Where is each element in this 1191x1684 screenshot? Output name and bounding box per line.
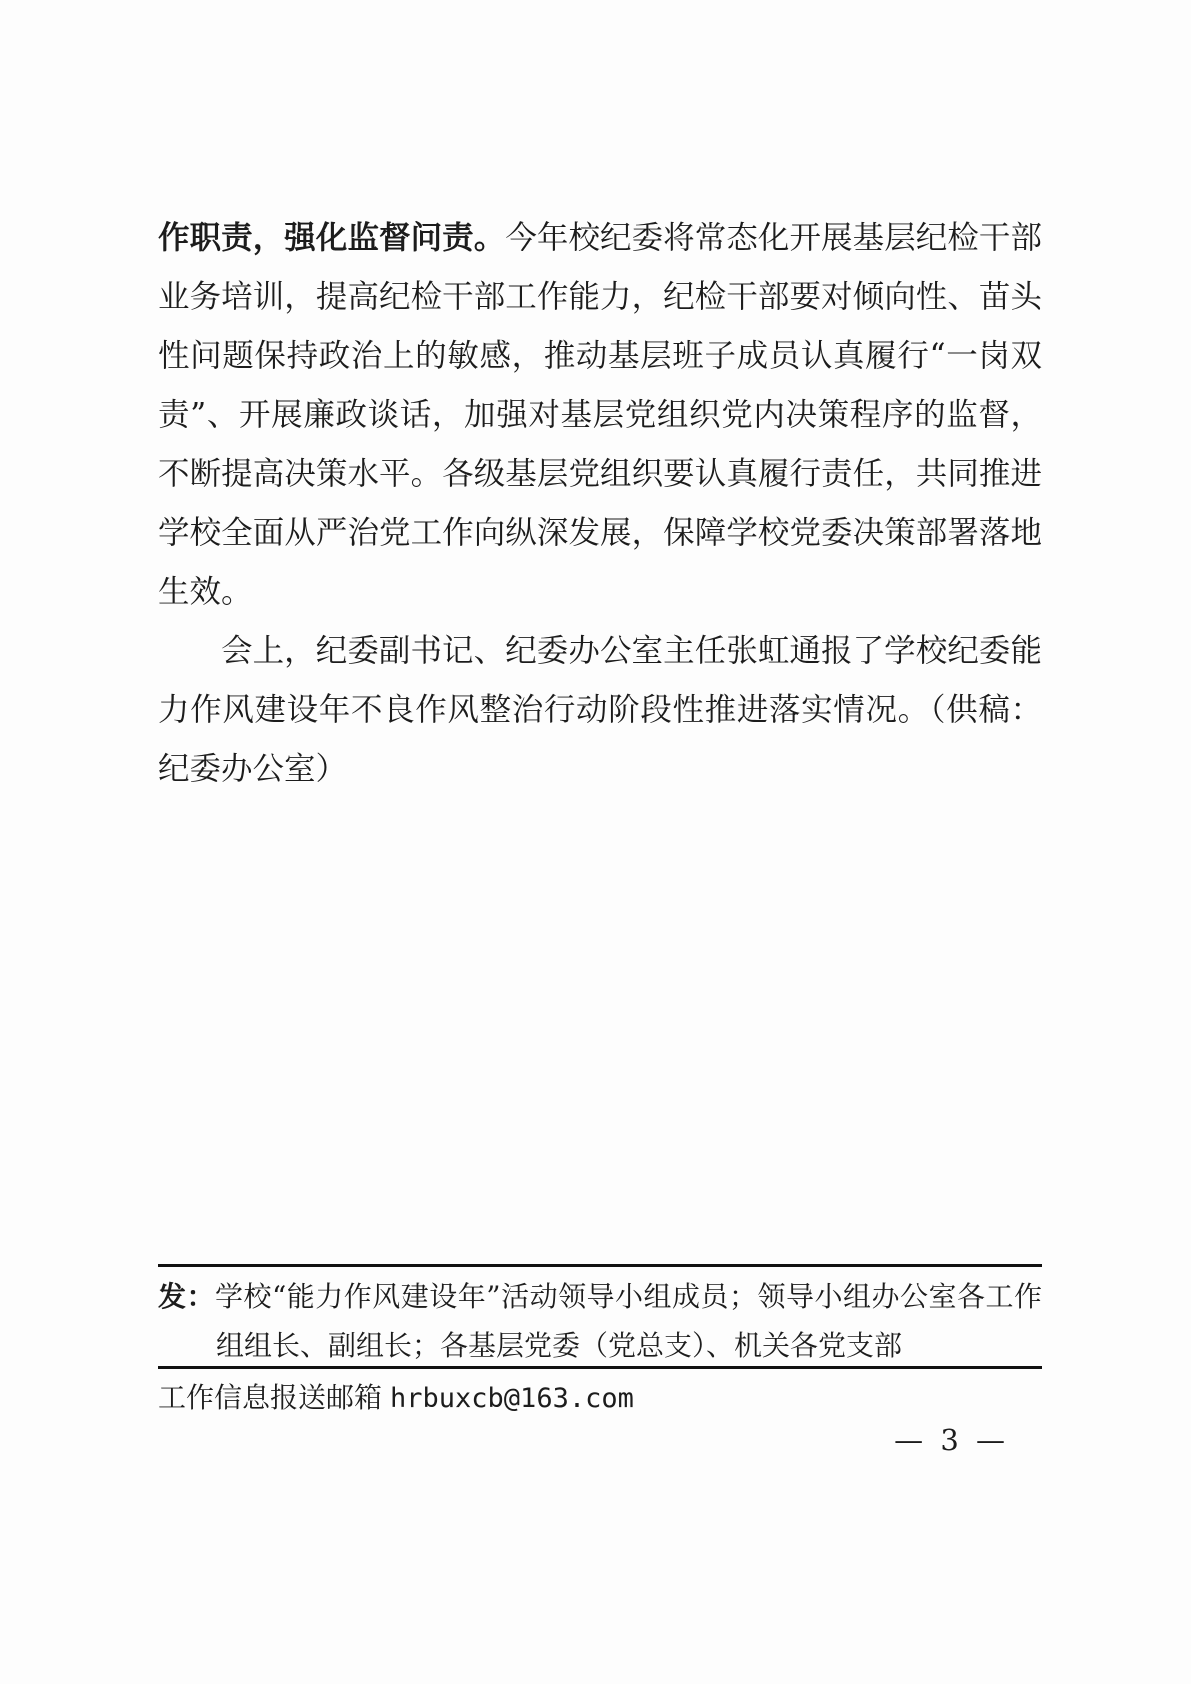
- document-page: 作职责，强化监督问责。今年校纪委将常态化开展基层纪检干部业务培训，提高纪检干部工…: [0, 0, 1191, 1684]
- distribution-list: 发：学校“能力作风建设年”活动领导小组成员；领导小组办公室各工作组组长、副组长；…: [158, 1272, 1042, 1370]
- page-number: — 3 —: [894, 1424, 1009, 1456]
- contact-line: 工作信息报送邮箱hrbuxcb@163.com: [158, 1378, 634, 1419]
- paragraph-continuation: 作职责，强化监督问责。今年校纪委将常态化开展基层纪检干部业务培训，提高纪检干部工…: [158, 209, 1042, 622]
- footer-separator-top: [158, 1264, 1042, 1267]
- paragraph-body-text: 今年校纪委将常态化开展基层纪检干部业务培训，提高纪检干部工作能力，纪检干部要对倾…: [158, 220, 1042, 610]
- distribution-label: 发：: [158, 1280, 215, 1313]
- paragraph-bold-lead: 作职责，强化监督问责。: [158, 220, 505, 256]
- footer-separator-bottom: [158, 1366, 1042, 1369]
- contact-label: 工作信息报送邮箱: [158, 1381, 382, 1414]
- contact-email: hrbuxcb@163.com: [390, 1383, 634, 1414]
- distribution-text: 学校“能力作风建设年”活动领导小组成员；领导小组办公室各工作组组长、副组长；各基…: [215, 1280, 1042, 1362]
- paragraph-second: 会上，纪委副书记、纪委办公室主任张虹通报了学校纪委能力作风建设年不良作风整治行动…: [158, 622, 1042, 799]
- document-body: 作职责，强化监督问责。今年校纪委将常态化开展基层纪检干部业务培训，提高纪检干部工…: [158, 209, 1042, 799]
